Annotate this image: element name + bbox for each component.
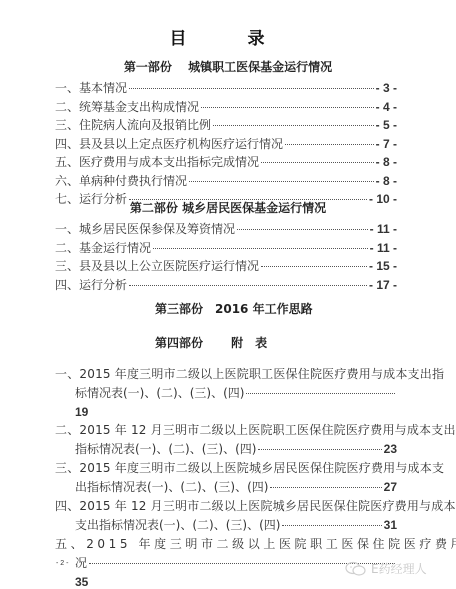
dot-leader	[129, 285, 367, 286]
toc-item[interactable]: 六、单病种付费执行情况- 8 -	[55, 172, 397, 191]
appendix-item[interactable]: 一、2015 年度三明市二级以上医院职工医保住院医疗费用与成本支出指 标情况表(…	[55, 365, 397, 421]
dot-leader	[261, 162, 374, 163]
toc-item[interactable]: 四、运行分析- 17 -	[55, 276, 397, 295]
part-2-toc-list: 一、城乡居民医保参保及筹资情况- 11 - 二、基金运行情况- 11 - 三、县…	[55, 220, 397, 294]
dot-leader	[285, 144, 374, 145]
toc-item[interactable]: 一、城乡居民医保参保及筹资情况- 11 -	[55, 220, 397, 239]
part-2-heading: 第二部份 城乡居民医保基金运行情况	[0, 199, 456, 216]
dot-leader	[246, 393, 395, 394]
dot-leader	[189, 181, 374, 182]
dot-leader	[153, 248, 368, 249]
dot-leader	[129, 88, 374, 89]
footer-page-number: - 2 -	[56, 560, 68, 567]
appendix-item[interactable]: 二、2015 年 12 月三明市二级以上医院职工医保住院医疗费用与成本支出 指标…	[55, 421, 397, 459]
dot-leader	[258, 449, 381, 450]
dot-leader	[261, 266, 367, 267]
toc-item[interactable]: 四、县及县以上定点医疗机构医疗运行情况- 7 -	[55, 135, 397, 154]
part-4-heading: 第四部份 附 表	[155, 334, 267, 351]
toc-item[interactable]: 三、县及县以上公立医院医疗运行情况- 15 -	[55, 257, 397, 276]
dot-leader	[237, 229, 368, 230]
toc-item[interactable]: 二、统筹基金支出构成情况- 4 -	[55, 98, 397, 117]
dot-leader	[270, 487, 381, 488]
toc-item[interactable]: 一、基本情况- 3 -	[55, 79, 397, 98]
part-3-heading: 第三部份 2016 年工作思路	[155, 300, 313, 317]
toc-title: 目 录	[0, 24, 456, 49]
toc-item[interactable]: 二、基金运行情况- 11 -	[55, 239, 397, 258]
watermark: E药经理人	[345, 560, 427, 577]
part-1-toc-list: 一、基本情况- 3 - 二、统筹基金支出构成情况- 4 - 三、住院病人流向及报…	[55, 79, 397, 209]
page-number: 19	[55, 403, 397, 421]
watermark-text: E药经理人	[371, 560, 427, 577]
appendix-list: 一、2015 年度三明市二级以上医院职工医保住院医疗费用与成本支出指 标情况表(…	[55, 365, 397, 589]
toc-item[interactable]: 五、医疗费用与成本支出指标完成情况- 8 -	[55, 153, 397, 172]
appendix-item[interactable]: 四、2015 年 12 月三明市二级以上医院城乡居民医保住院医疗费用与成本 支出…	[55, 497, 397, 535]
part-1-heading: 第一部份 城镇职工医保基金运行情况	[0, 58, 456, 75]
dot-leader	[282, 525, 381, 526]
wechat-icon	[345, 561, 367, 577]
appendix-item[interactable]: 三、2015 年度三明市二级以上医院城乡居民医保住院医疗费用与成本支 出指标情况…	[55, 459, 397, 497]
dot-leader	[201, 107, 374, 108]
dot-leader	[213, 125, 374, 126]
toc-item[interactable]: 三、住院病人流向及报销比例- 5 -	[55, 116, 397, 135]
